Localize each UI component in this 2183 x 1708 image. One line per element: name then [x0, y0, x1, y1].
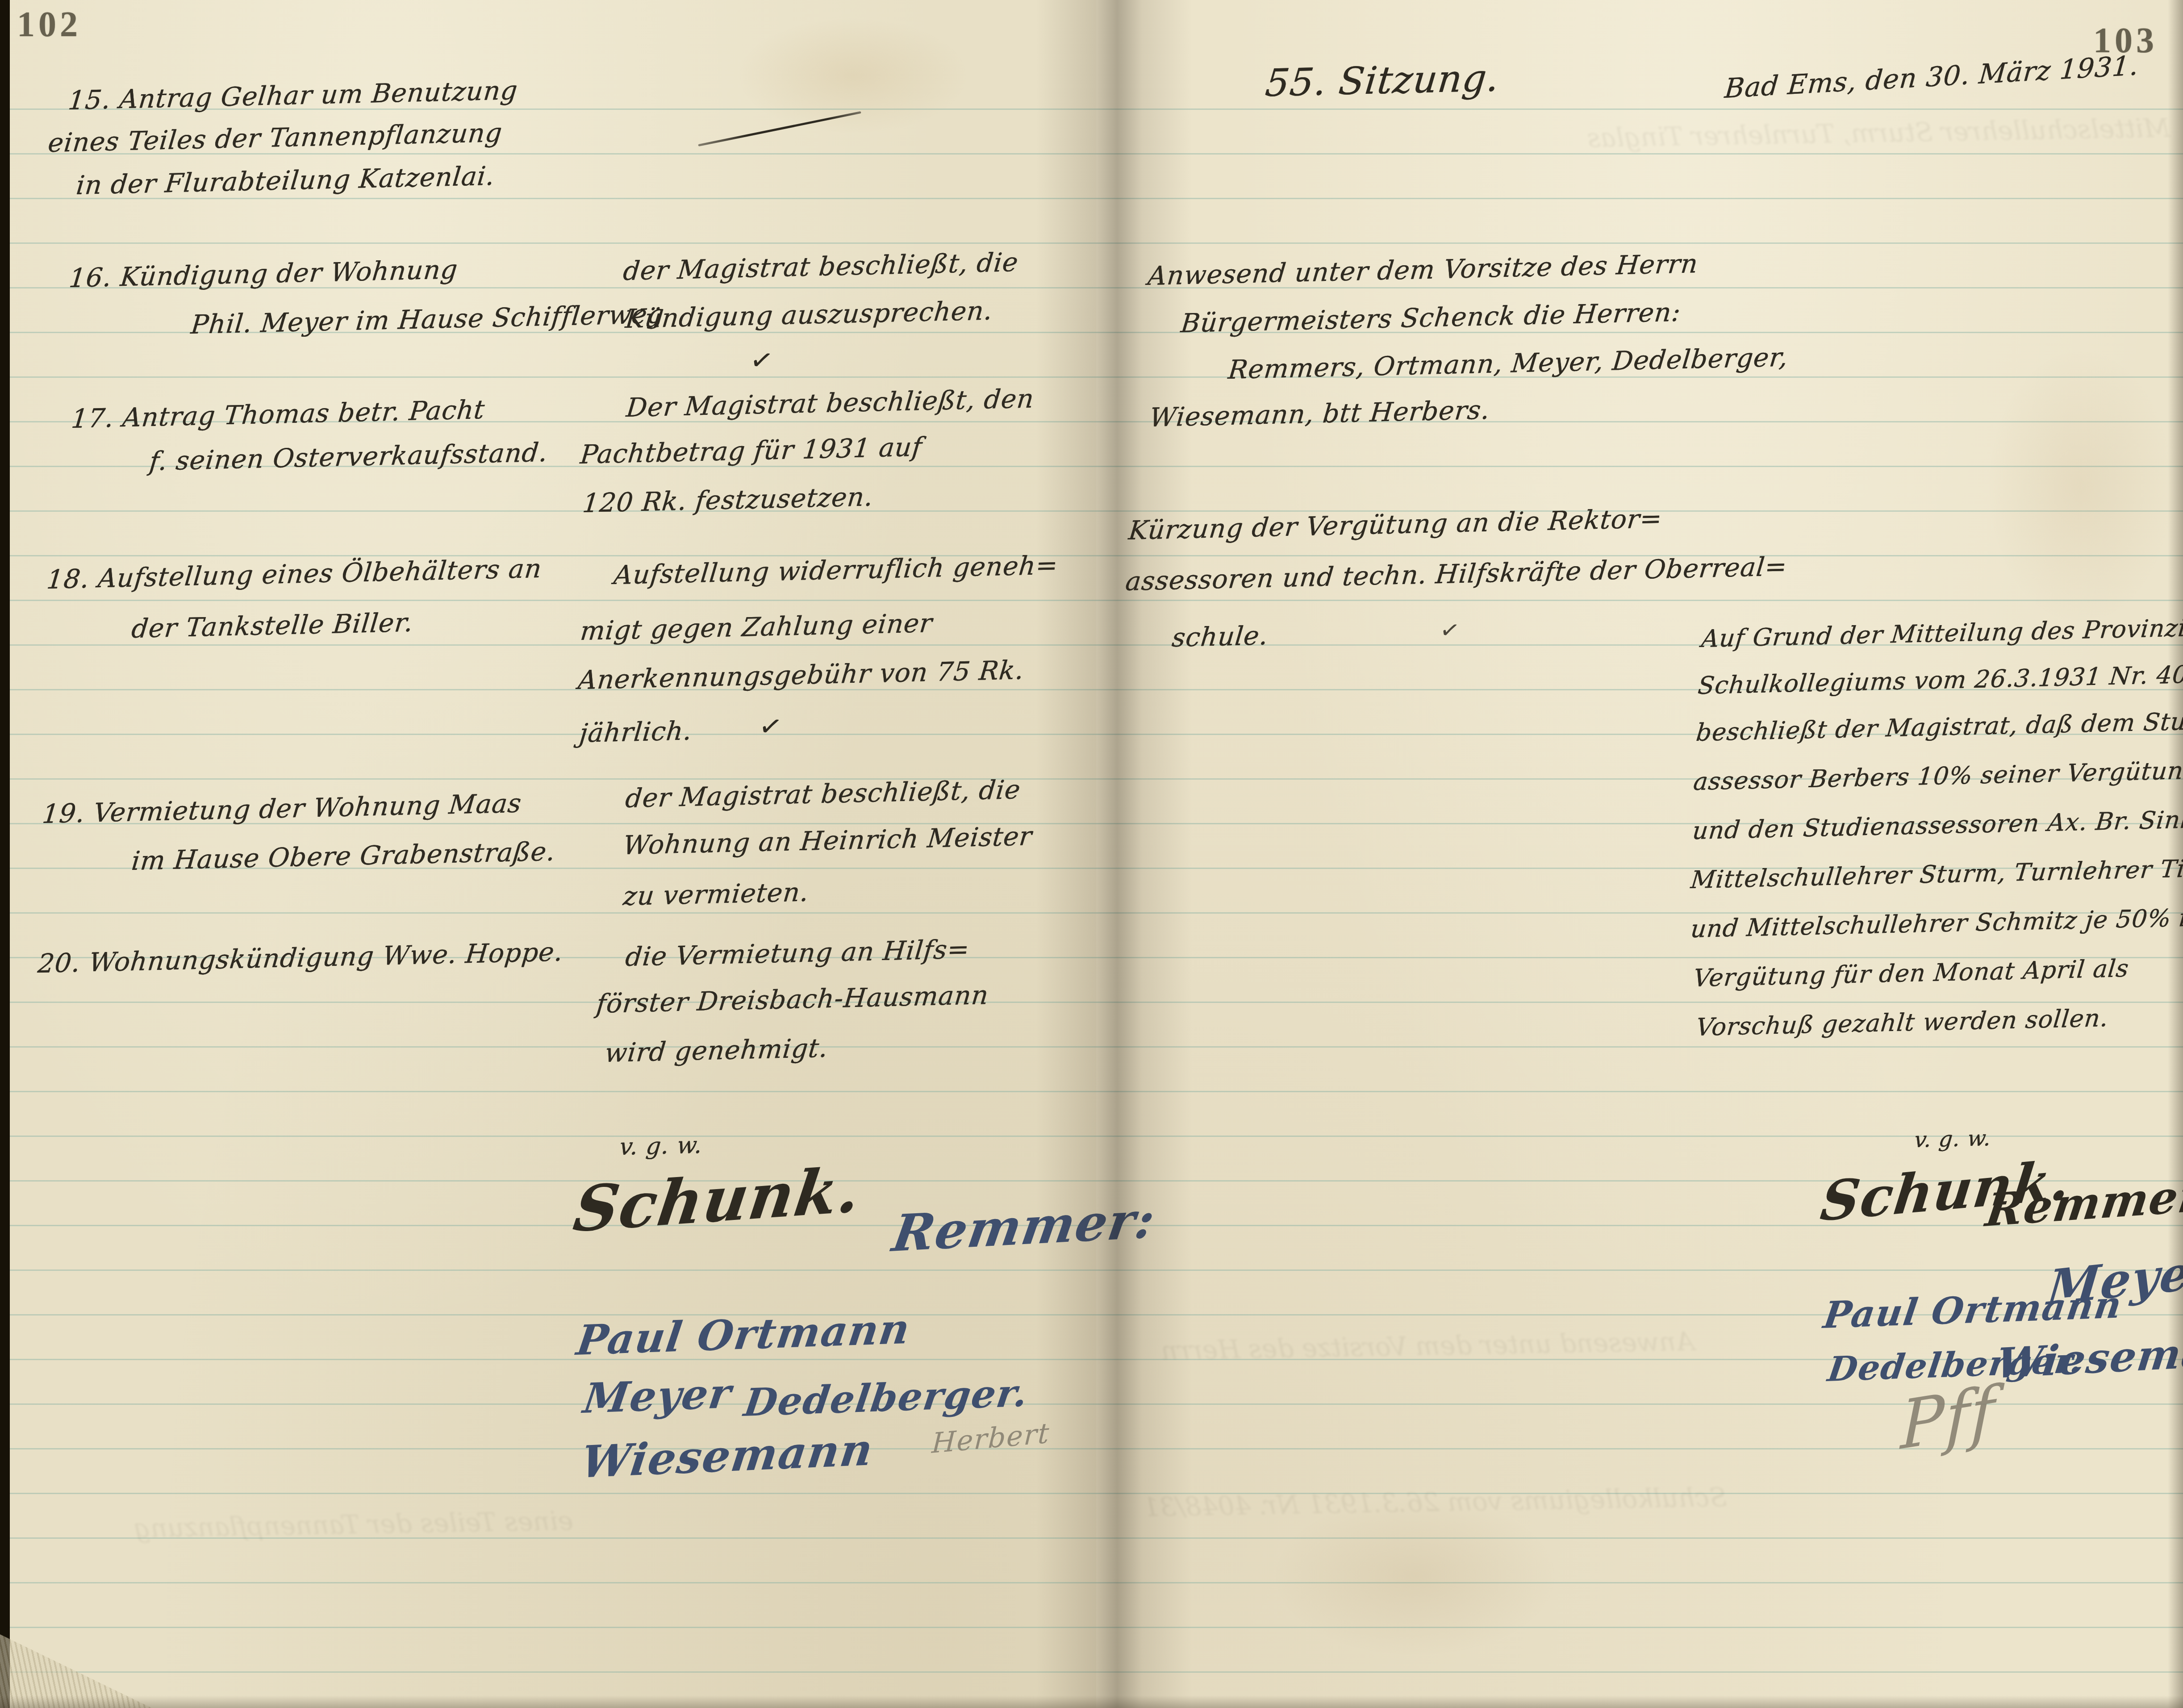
item-19-decision-line-3: zu vermieten.	[622, 878, 810, 910]
item-17-decision-line-3: 120 Rk. festzusetzen.	[581, 483, 875, 517]
pencil-initials: Pff	[1900, 1372, 1996, 1465]
closing-abbreviation-right: v. g. w.	[1913, 1127, 1992, 1151]
protocol-book-spread: Mittelschullehrer Sturm, Turnlehrer Ting…	[0, 0, 2183, 1708]
item-17-decision-line-2: Pachtbetrag für 1931 auf	[579, 433, 923, 468]
item-18-decision-line-4: jährlich.	[578, 717, 693, 747]
right-edge-shadow	[2168, 0, 2183, 1708]
gutter-shadow	[1036, 0, 1192, 1708]
attendance-line-4: Wiesemann, btt Herbers.	[1148, 397, 1491, 431]
bottom-edge-shadow	[0, 1695, 2183, 1708]
ruled-lines-left	[10, 109, 1096, 1708]
session-title: 55. Sitzung.	[1264, 58, 1501, 103]
signature-meyer-left: Meyer	[580, 1369, 735, 1423]
item-18-line-2: der Tankstelle Biller.	[130, 609, 414, 643]
closing-abbreviation-left: v. g. w.	[618, 1133, 704, 1160]
item-20-decision-line-3: wird genehmigt.	[604, 1035, 829, 1067]
page-number-left: 102	[17, 4, 81, 45]
